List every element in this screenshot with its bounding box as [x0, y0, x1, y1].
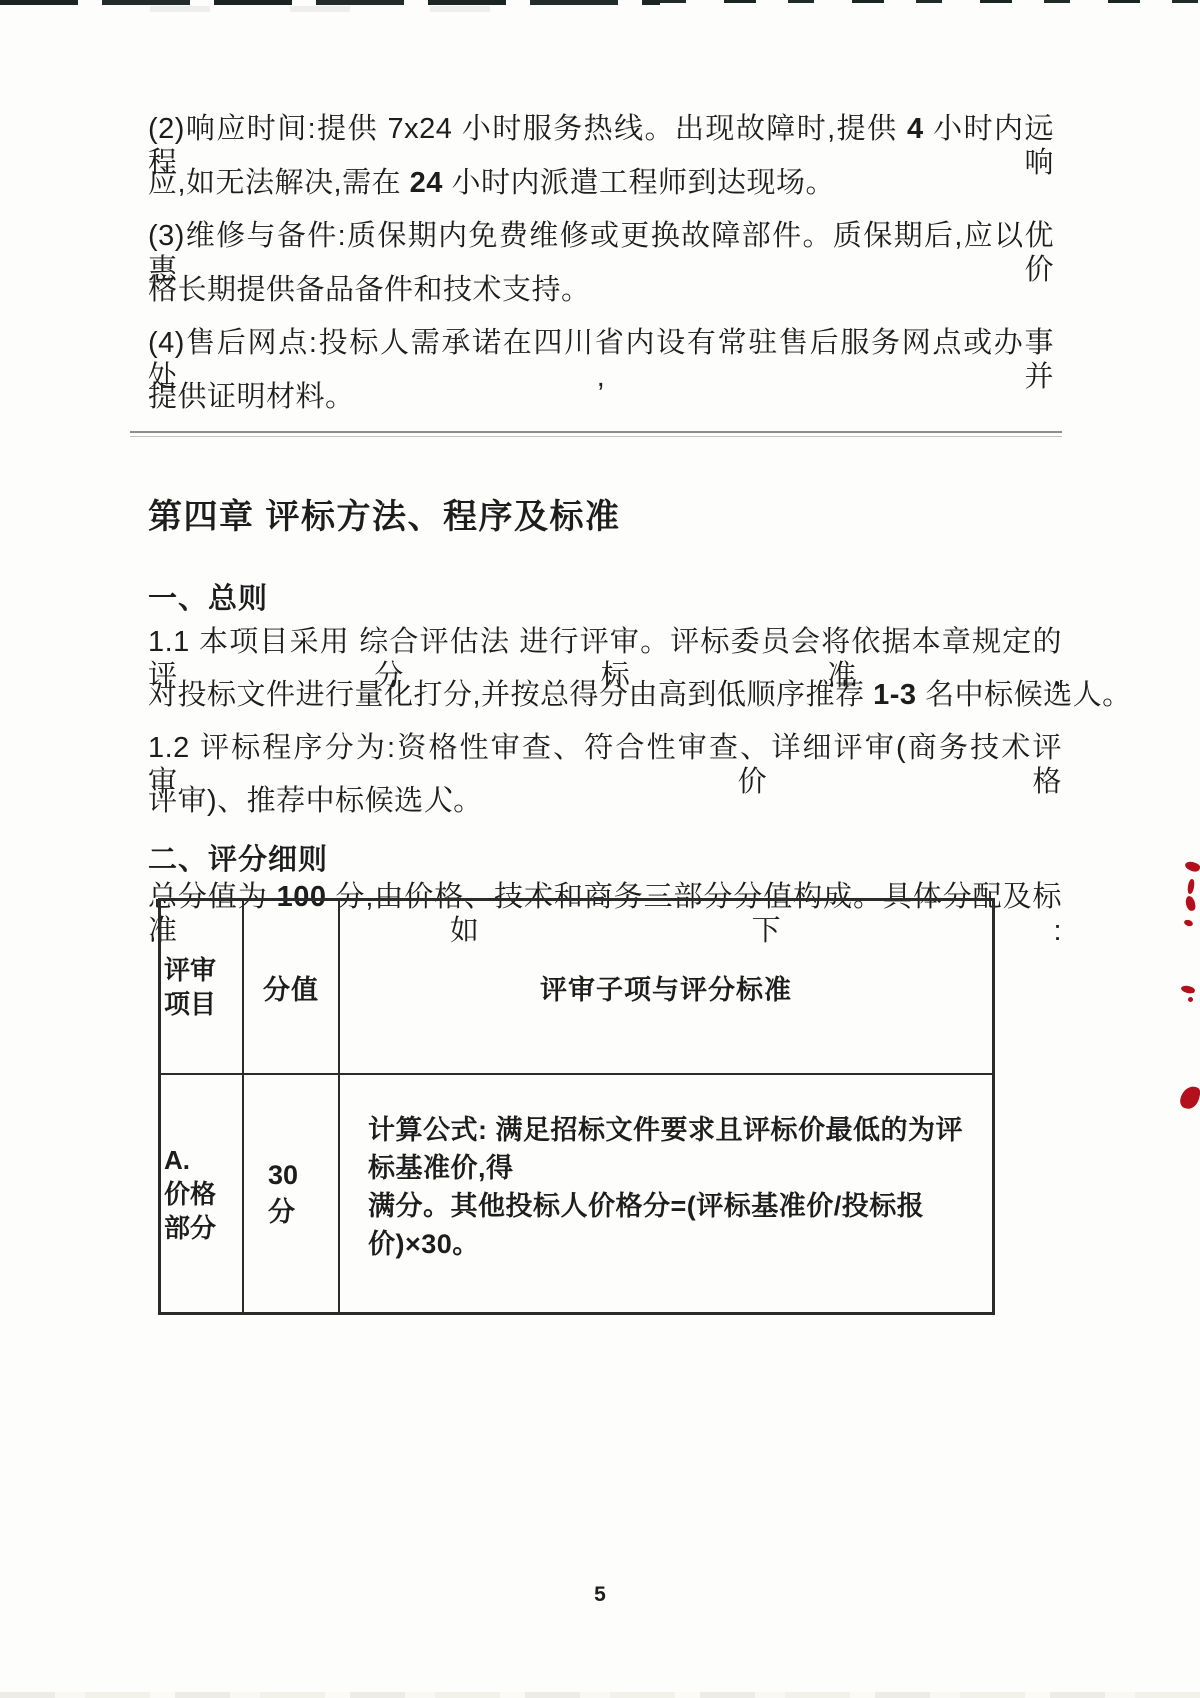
table-cell-criteria: 计算公式: 满足招标文件要求且评标价最低的为评标基准价,得满分。其他投标人价格分… — [338, 1073, 992, 1312]
table-header-criteria: 评审子项与评分标准 — [338, 901, 992, 1073]
general-1-2-line-1: 1.2 评标程序分为:资格性审查、符合性审查、详细评审(商务技术评审、价格 — [148, 731, 1062, 767]
clause-4-line-2: 提供证明材料。 — [148, 380, 1054, 416]
clause-3-line-2: 格长期提供备品备件和技术支持。 — [148, 273, 1054, 309]
clause-2-line-2: 应,如无法解决,需在 24 小时内派遣工程师到达现场。 — [148, 166, 1054, 202]
table-header-item: 评审项目 — [161, 901, 242, 1073]
clause-4-line-1: (4)售后网点:投标人需承诺在四川省内设有常驻售后服务网点或办事处,并 — [148, 326, 1054, 362]
red-ink-mark — [1187, 879, 1195, 895]
red-ink-mark — [1180, 984, 1195, 994]
scan-artifact-bottom — [0, 1692, 1200, 1698]
scan-smudge-top — [150, 6, 570, 12]
evaluation-table: 评审项目 分值 评审子项与评分标准 A.价格部分 30分 计算公式: 满足招标文… — [158, 898, 995, 1315]
general-1-2-line-2: 评审)、推荐中标候选人。 — [148, 784, 1062, 820]
scan-artifact-top-left — [0, 0, 660, 5]
red-ink-mark — [1185, 895, 1196, 911]
table-cell-score: 30分 — [242, 1073, 338, 1312]
section-heading-general: 一、总则 — [148, 576, 268, 617]
red-ink-mark — [1183, 919, 1193, 927]
table-header-score: 分值 — [242, 901, 338, 1073]
clause-2-line-1: (2)响应时间:提供 7x24 小时服务热线。出现故障时,提供 4 小时内远程响 — [148, 112, 1054, 148]
clause-3-line-1: (3)维修与备件:质保期内免费维修或更换故障部件。质保期后,应以优惠价 — [148, 219, 1054, 255]
general-1-1-line-2: 对投标文件进行量化打分,并按总得分由高到低顺序推荐 1-3 名中标候选人。 — [148, 678, 1062, 714]
general-1-1-line-1: 1.1 本项目采用 综合评估法 进行评审。评标委员会将依据本章规定的评分标准, — [148, 625, 1062, 661]
document-page: (2)响应时间:提供 7x24 小时服务热线。出现故障时,提供 4 小时内远程响… — [0, 0, 1200, 1698]
red-ink-mark — [1184, 859, 1200, 873]
red-ink-mark — [1188, 997, 1193, 1002]
section-heading-scoring: 二、评分细则 — [148, 837, 328, 878]
table-cell-item: A.价格部分 — [161, 1073, 242, 1312]
chapter-title: 第四章 评标方法、程序及标准 — [148, 489, 620, 538]
page-number: 5 — [0, 1583, 1200, 1607]
scan-artifact-top-right — [660, 0, 1200, 3]
section-divider — [130, 431, 1062, 437]
red-ink-mark — [1178, 1084, 1200, 1111]
